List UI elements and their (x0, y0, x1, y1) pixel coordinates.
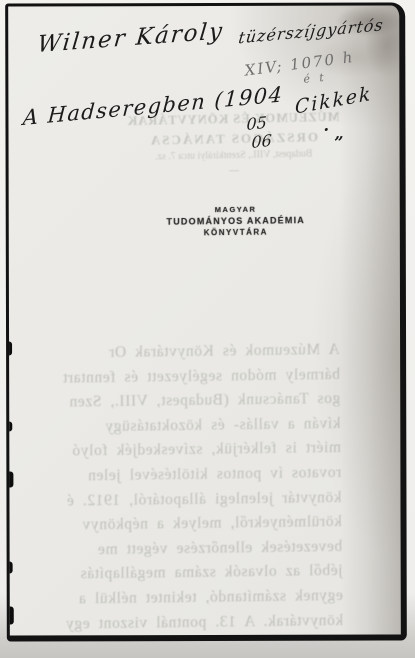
showthrough-header-rule: — (127, 162, 341, 179)
showthrough-header: MÚZEUMOK ÉS KÖNYVTÁRAK ORSZÁGOS TANÁCSA … (126, 110, 341, 179)
showthrough-header-line3: Budapest, VIII., Szentkirályi utca 7. sz… (127, 148, 341, 163)
handwritten-author-name: Wilner Károly (36, 18, 225, 58)
stamp-line2: TUDOMÁNYOS AKADÉMIA (136, 215, 336, 227)
stamp-line3: KÖNYVTÁRA (136, 227, 336, 238)
showthrough-header-line2: ORSZÁGOS TANÁCSA (126, 129, 340, 149)
paper-sheet: Wilner Károly tüzérszíjgyártós A Hadsere… (5, 2, 407, 641)
showthrough-body: A Múzeumok és Könyvtárak Or bármely módo… (10, 338, 344, 637)
showthrough-body-line: könyvtárak. A 13. pontnál viszont egy (13, 608, 343, 637)
stamp-line1: MAGYAR (136, 204, 336, 215)
handwritten-occupation: tüzérszíjgyártós (237, 15, 384, 47)
library-stamp: MAGYAR TUDOMÁNYOS AKADÉMIA KÖNYVTÁRA (136, 204, 336, 238)
showthrough-header-line1: MÚZEUMOK ÉS KÖNYVTÁRAK (126, 110, 340, 129)
scanned-page: Wilner Károly tüzérszíjgyártós A Hadsere… (0, 0, 415, 658)
pencil-shelfmark-sub: é t (303, 71, 328, 86)
pencil-shelfmark: XIV; 1070 h (244, 48, 356, 80)
